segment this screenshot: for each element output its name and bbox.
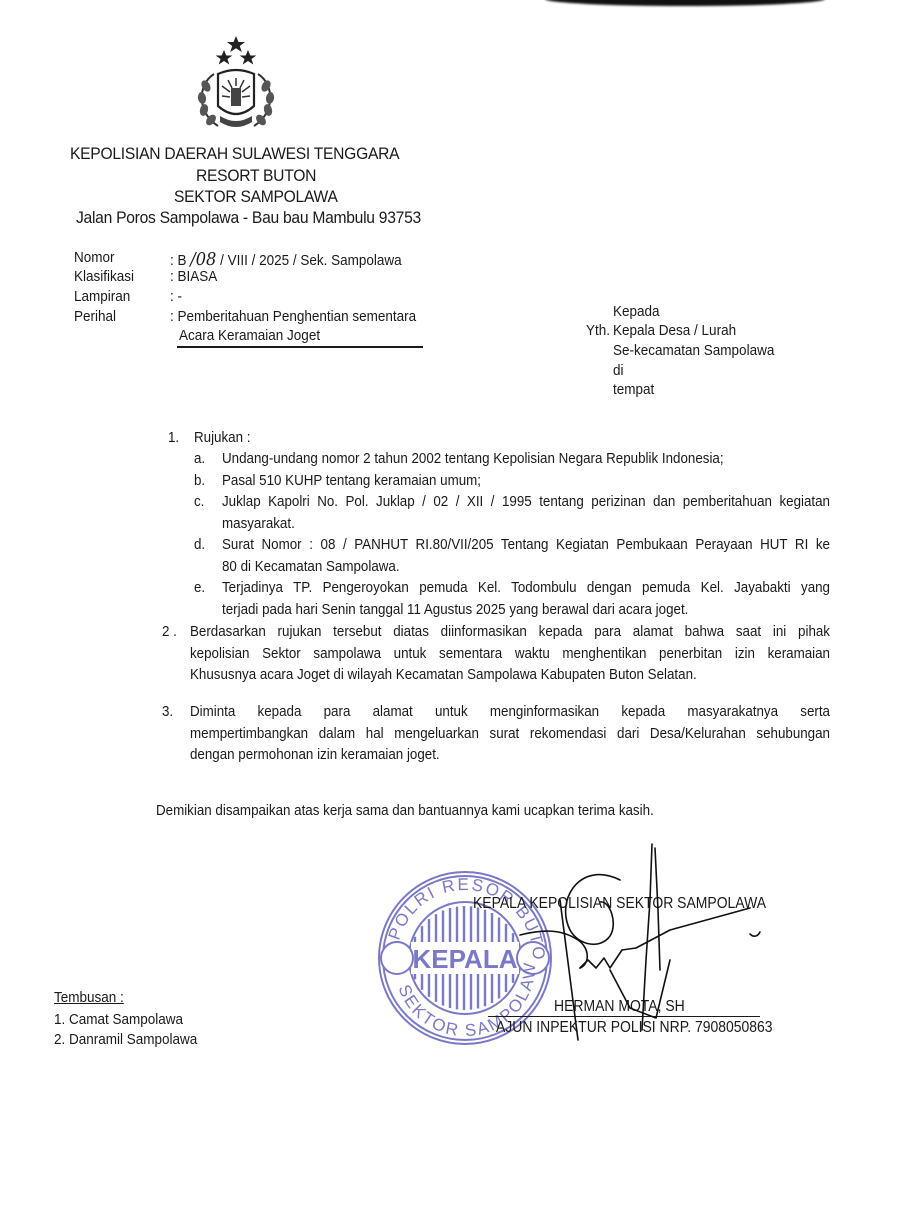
addressee-line2: Se-kecamatan Sampolawa — [613, 342, 774, 359]
addressee-kepada: Kepada — [613, 303, 660, 320]
reference-list: a.Undang-undang nomor 2 tahun 2002 tenta… — [194, 448, 830, 620]
nomor-value: : B /08 / VIII / 2025 / Sek. Sampolawa — [170, 249, 402, 270]
text-line: Pasal 510 KUHP tentang keramaian umum; — [222, 470, 830, 492]
reference-item: a.Undang-undang nomor 2 tahun 2002 tenta… — [194, 448, 830, 470]
reference-letter: b. — [194, 470, 205, 492]
p2-number: 2 . — [162, 621, 177, 643]
reference-item: b.Pasal 510 KUHP tentang keramaian umum; — [194, 470, 830, 492]
cc-list: 1. Camat Sampolawa2. Danramil Sampolawa — [54, 1010, 213, 1050]
klasifikasi-value: : BIASA — [170, 268, 217, 285]
text-line: dengan permohonan izin keramaian joget. — [190, 744, 830, 766]
nomor-prefix: : B — [170, 252, 190, 269]
cc-title: Tembusan : — [54, 989, 124, 1006]
addressee-line4: tempat — [613, 381, 654, 398]
paragraph-3: Diminta kepada para alamat untuk menginf… — [190, 701, 830, 766]
text-line: masyarakat. — [222, 513, 830, 535]
addressee-line1: Kepala Desa / Lurah — [613, 322, 736, 339]
reference-item: c.Juklap Kapolri No. Pol. Juklap / 02 / … — [194, 491, 830, 534]
letterhead-line1: KEPOLISIAN DAERAH SULAWESI TENGGARA — [70, 144, 399, 164]
perihal-line1: : Pemberitahuan Penghentian sementara — [170, 308, 416, 325]
addressee-line3: di — [613, 362, 624, 379]
text-line: mempertimbangkan dalam hal mengeluarkan … — [190, 723, 830, 745]
scan-edge-shadow — [545, 0, 825, 6]
text-line: Khususnya acara Joget di wilayah Kecamat… — [190, 664, 830, 686]
text-line: Undang-undang nomor 2 tahun 2002 tentang… — [222, 448, 830, 470]
closing-text: Demikian disampaikan atas kerja sama dan… — [156, 800, 654, 822]
letterhead-line3: SEKTOR SAMPOLAWA — [174, 187, 338, 207]
police-emblem-icon — [188, 34, 284, 140]
text-line: Terjadinya TP. Pengeroyokan pemuda Kel. … — [222, 577, 830, 599]
p3-number: 3. — [162, 701, 173, 723]
nomor-suffix: / VIII / 2025 / Sek. Sampolawa — [216, 252, 401, 269]
lampiran-label: Lampiran — [74, 288, 130, 305]
cc-item: 2. Danramil Sampolawa — [54, 1030, 197, 1050]
handwritten-signature — [460, 840, 780, 1060]
text-line: Berdasarkan rujukan tersebut diatas diin… — [190, 621, 830, 643]
perihal-underline — [177, 346, 423, 348]
reference-item: e.Terjadinya TP. Pengeroyokan pemuda Kel… — [194, 577, 830, 620]
addressee-yth: Yth. — [586, 322, 610, 339]
nomor-handwritten: /08 — [190, 249, 216, 270]
p1-title: Rujukan : — [194, 427, 250, 449]
text-line: Surat Nomor : 08 / PANHUT RI.80/VII/205 … — [222, 534, 830, 556]
text-line: terjadi pada hari Senin tanggal 11 Agust… — [222, 599, 830, 621]
cc-item: 1. Camat Sampolawa — [54, 1010, 197, 1030]
reference-letter: e. — [194, 577, 205, 599]
reference-letter: d. — [194, 534, 205, 556]
text-line: Juklap Kapolri No. Pol. Juklap / 02 / XI… — [222, 491, 830, 513]
perihal-label: Perihal — [74, 308, 116, 325]
text-line: Diminta kepada para alamat untuk menginf… — [190, 701, 830, 723]
text-line: 80 di Kecamatan Sampolawa. — [222, 556, 830, 578]
letterhead-line2: RESORT BUTON — [196, 166, 316, 186]
letterhead-address: Jalan Poros Sampolawa - Bau bau Mambulu … — [76, 208, 421, 228]
reference-letter: c. — [194, 491, 204, 513]
lampiran-value: : - — [170, 288, 182, 305]
text-line: kepolisian Sektor sampolawa untuk sement… — [190, 643, 830, 665]
reference-letter: a. — [194, 448, 205, 470]
nomor-label: Nomor — [74, 249, 115, 266]
paragraph-2: Berdasarkan rujukan tersebut diatas diin… — [190, 621, 830, 686]
perihal-line2: Acara Keramaian Joget — [179, 327, 320, 344]
p1-number: 1. — [168, 427, 179, 449]
reference-item: d.Surat Nomor : 08 / PANHUT RI.80/VII/20… — [194, 534, 830, 577]
klasifikasi-label: Klasifikasi — [74, 268, 134, 285]
